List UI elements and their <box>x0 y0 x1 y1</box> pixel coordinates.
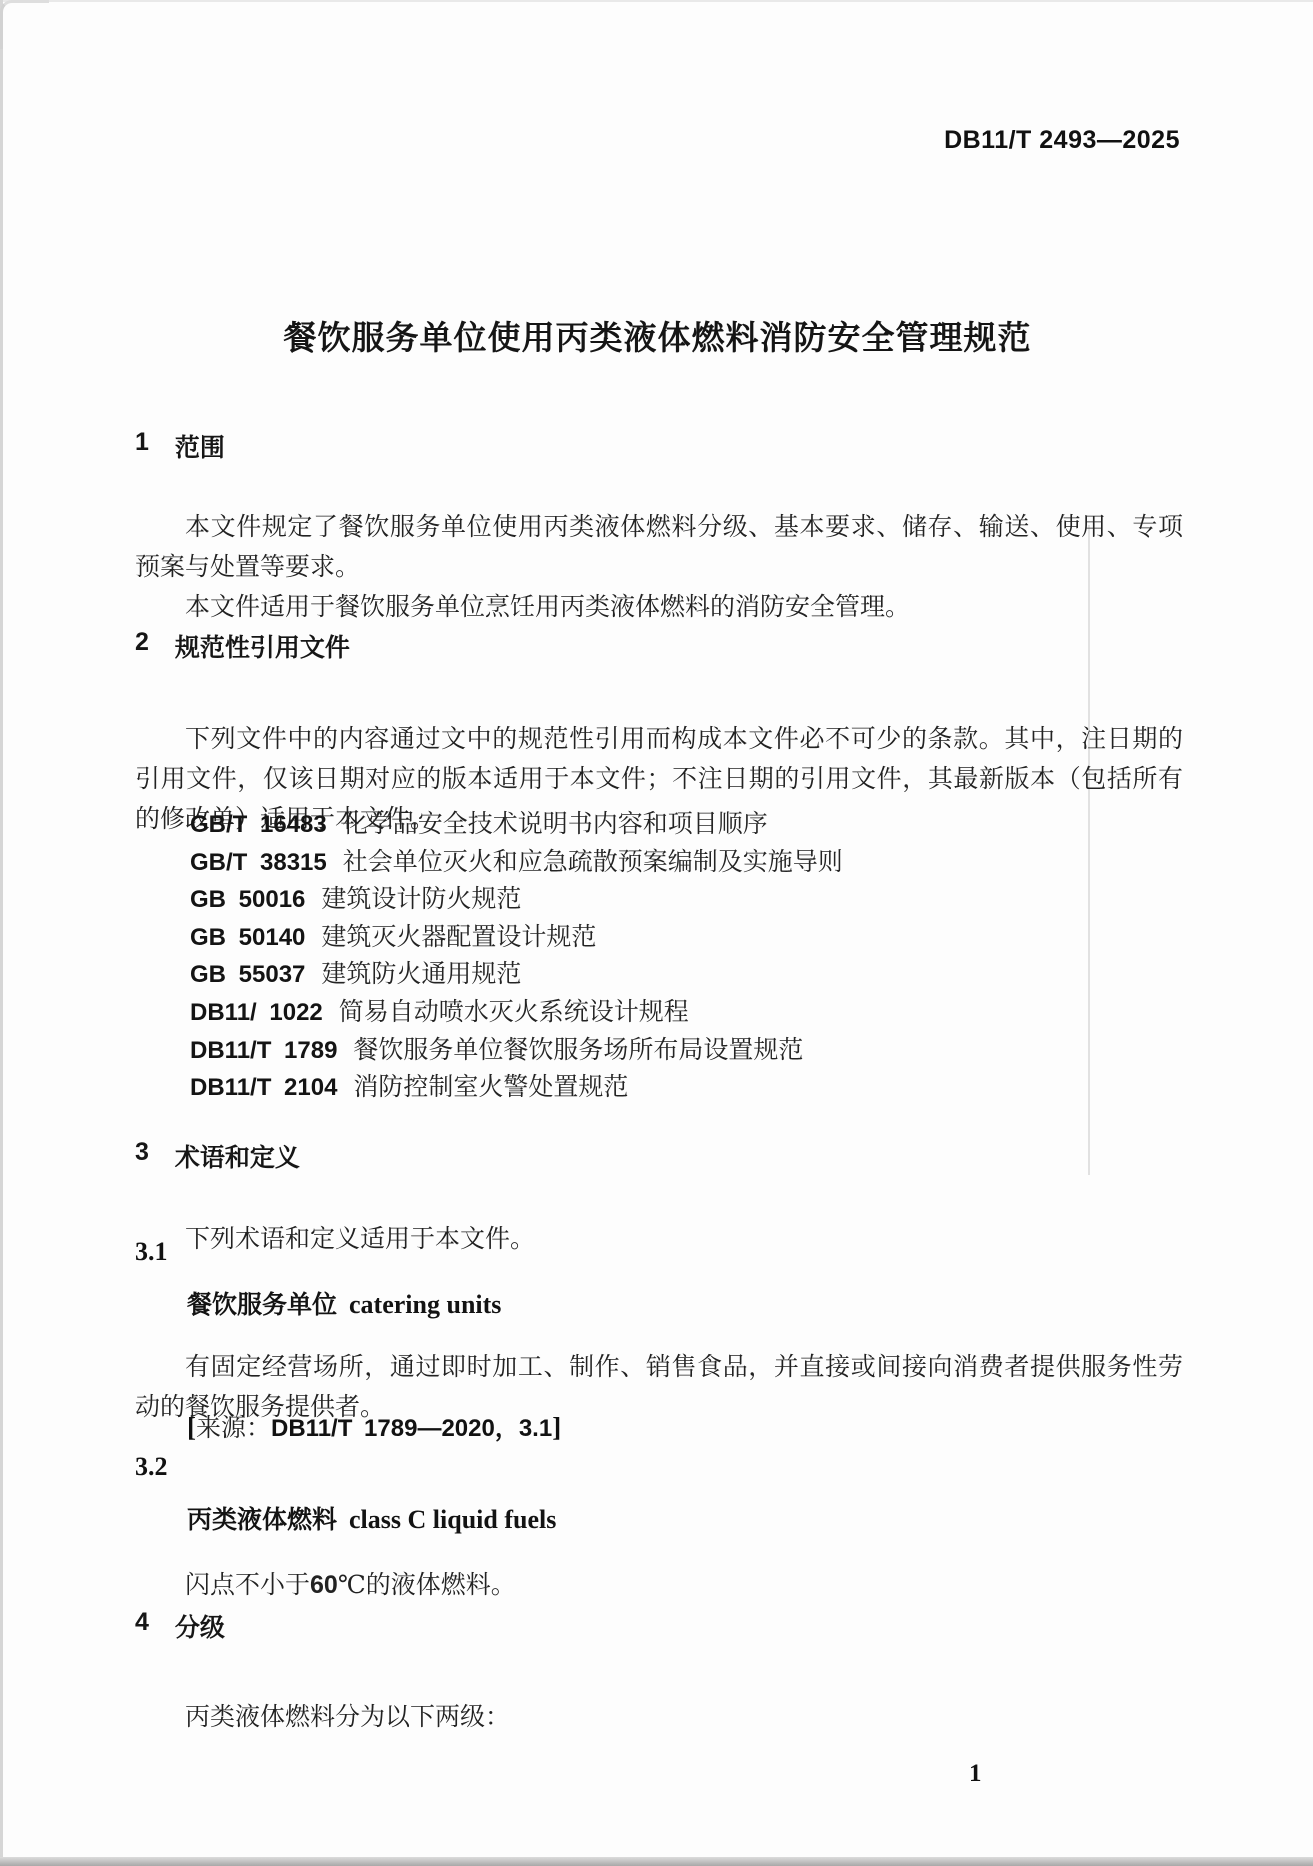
definition-suffix: ℃的液体燃料。 <box>338 1572 516 1599</box>
reference-title: 建筑防火通用规范 <box>321 961 521 988</box>
section-1-title: 范围 <box>175 428 225 464</box>
reference-code: GB 50016 <box>190 886 305 913</box>
source-code: DB11/T 1789—2020，3.1 <box>271 1415 552 1442</box>
reference-item: DB11/ 1022简易自动喷水灭火系统设计规程 <box>190 994 843 1032</box>
reference-code: GB 50140 <box>190 924 305 951</box>
reference-item: GB/T 38315社会单位灭火和应急疏散预案编制及实施导则 <box>190 844 843 882</box>
term-3-1-zh: 餐饮服务单位 <box>187 1291 337 1319</box>
section-4-title: 分级 <box>175 1608 225 1644</box>
reference-item: DB11/T 2104消防控制室火警处置规范 <box>190 1069 843 1107</box>
standard-code: DB11/T 2493—2025 <box>944 126 1180 155</box>
term-3-1-number: 3.1 <box>135 1237 168 1267</box>
reference-title: 化学品安全技术说明书内容和项目顺序 <box>343 811 768 838</box>
term-3-2-zh: 丙类液体燃料 <box>187 1506 337 1534</box>
reference-code: GB 55037 <box>190 961 305 988</box>
term-3-2-en: class C liquid fuels <box>349 1505 556 1534</box>
section-2-heading: 2 规范性引用文件 <box>135 628 350 664</box>
reference-code: GB/T 38315 <box>190 849 327 876</box>
term-3-1-title: 餐饮服务单位catering units <box>187 1285 501 1321</box>
normative-references-list: GB/T 16483化学品安全技术说明书内容和项目顺序 GB/T 38315社会… <box>190 806 843 1107</box>
document-title: 餐饮服务单位使用丙类液体燃料消防安全管理规范 <box>135 312 1180 359</box>
source-bracket-open: [ <box>187 1412 196 1442</box>
reference-title: 建筑设计防火规范 <box>321 886 521 913</box>
reference-title: 社会单位灭火和应急疏散预案编制及实施导则 <box>343 849 843 876</box>
section-4-number: 4 <box>135 1608 149 1644</box>
section-3-heading: 3 术语和定义 <box>135 1138 300 1174</box>
section-1-number: 1 <box>135 428 149 464</box>
page-left-edge <box>0 0 3 1866</box>
flash-point-value: 60 <box>310 1571 338 1599</box>
term-3-1-en: catering units <box>349 1290 501 1319</box>
page-bottom-edge <box>0 1857 1313 1866</box>
term-3-2-title: 丙类液体燃料class C liquid fuels <box>187 1500 556 1536</box>
reference-code: DB11/T 2104 <box>190 1074 337 1101</box>
section-2-title: 规范性引用文件 <box>175 628 350 664</box>
section-3-title: 术语和定义 <box>175 1138 300 1174</box>
reference-item: GB 50140建筑灭火器配置设计规范 <box>190 919 843 957</box>
section-3-intro: 下列术语和定义适用于本文件。 <box>135 1220 1183 1260</box>
source-bracket-close: ] <box>552 1412 561 1442</box>
reference-item: GB/T 16483化学品安全技术说明书内容和项目顺序 <box>190 806 843 844</box>
term-3-2-definition: 闪点不小于60℃的液体燃料。 <box>185 1565 516 1606</box>
reference-title: 简易自动喷水灭火系统设计规程 <box>339 999 689 1026</box>
reference-item: DB11/T 1789餐饮服务单位餐饮服务场所布局设置规范 <box>190 1032 843 1070</box>
reference-title: 餐饮服务单位餐饮服务场所布局设置规范 <box>353 1037 803 1064</box>
reference-item: GB 55037建筑防火通用规范 <box>190 956 843 994</box>
document-page: DB11/T 2493—2025 餐饮服务单位使用丙类液体燃料消防安全管理规范 … <box>0 0 1313 1866</box>
reference-code: DB11/ 1022 <box>190 999 323 1026</box>
page-corner <box>0 0 49 49</box>
definition-prefix: 闪点不小于 <box>185 1572 310 1599</box>
reference-title: 建筑灭火器配置设计规范 <box>321 924 596 951</box>
page-top-edge <box>0 0 1313 2</box>
section-1-paragraph-2: 本文件适用于餐饮服务单位烹饪用丙类液体燃料的消防安全管理。 <box>135 588 1183 628</box>
term-3-2-number: 3.2 <box>135 1452 168 1482</box>
reference-code: GB/T 16483 <box>190 811 327 838</box>
reference-title: 消防控制室火警处置规范 <box>353 1074 628 1101</box>
section-1-heading: 1 范围 <box>135 428 225 464</box>
section-4-heading: 4 分级 <box>135 1608 225 1644</box>
page-number: 1 <box>969 1760 982 1788</box>
section-1-paragraph-1: 本文件规定了餐饮服务单位使用丙类液体燃料分级、基本要求、储存、输送、使用、专项预… <box>135 508 1183 588</box>
section-3-number: 3 <box>135 1138 149 1174</box>
section-2-number: 2 <box>135 628 149 664</box>
source-label: 来源： <box>196 1415 271 1442</box>
term-3-1-source: [来源：DB11/T 1789—2020，3.1] <box>187 1408 561 1444</box>
reference-item: GB 50016建筑设计防火规范 <box>190 881 843 919</box>
section-4-paragraph-1: 丙类液体燃料分为以下两级： <box>135 1698 1183 1738</box>
reference-code: DB11/T 1789 <box>190 1037 337 1064</box>
